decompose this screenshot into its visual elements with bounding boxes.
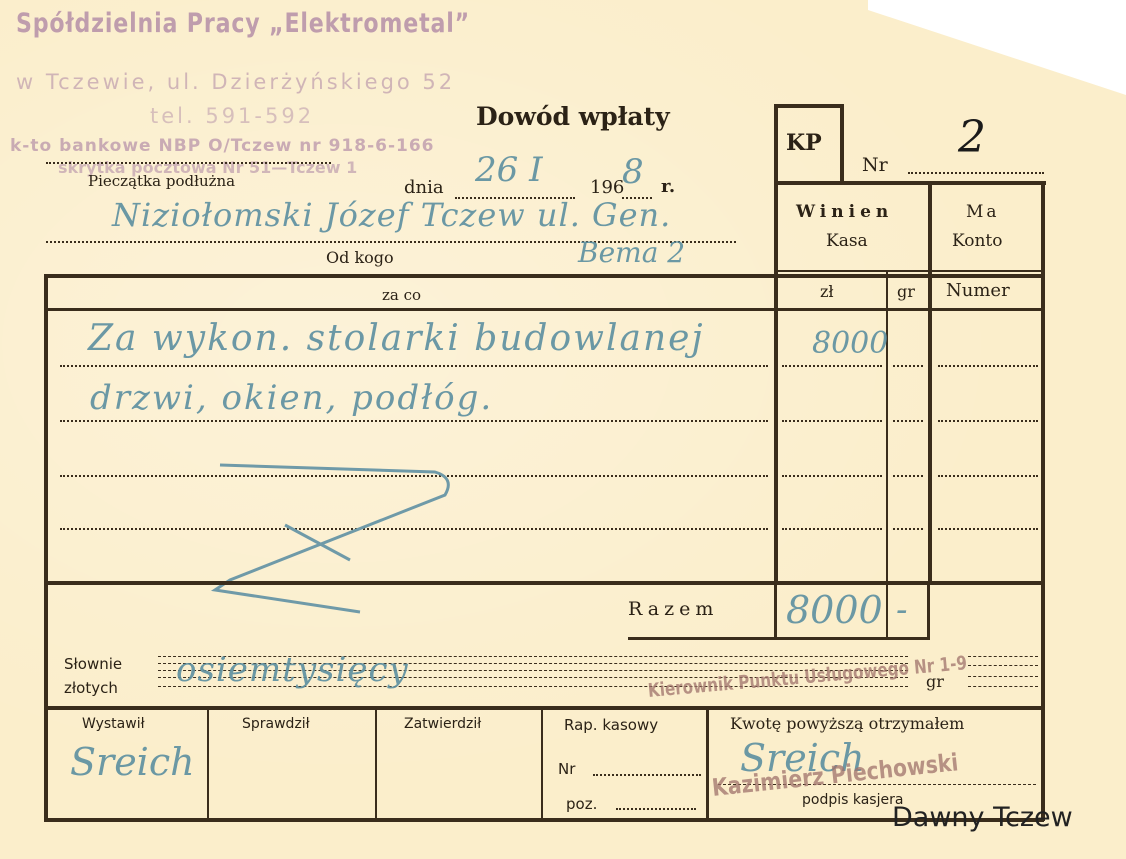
- sprawdzil-label: Sprawdził: [242, 716, 310, 732]
- ma-label: Ma: [966, 202, 1000, 222]
- numer-row-line-4: [938, 528, 1038, 530]
- received-label: Kwotę powyższą otrzymałem: [730, 714, 964, 733]
- razem-box-left: [774, 585, 777, 637]
- stamp-underline: [46, 162, 331, 164]
- gr-row-line-2: [893, 420, 923, 422]
- kasa-label: Kasa: [826, 231, 868, 251]
- purpose-line-1: Za wykon. stolarki budowlanej: [88, 318, 705, 359]
- slownie-label: Słownie: [64, 655, 122, 673]
- right-header-top: [776, 181, 1046, 185]
- amount-in-words: osiemtysięcy: [176, 650, 409, 690]
- zl-gr-divider: [886, 272, 888, 583]
- cashier-sign-label: podpis kasjera: [802, 792, 903, 808]
- sig-divider-2: [375, 708, 377, 820]
- zl-row-line-4: [782, 528, 882, 530]
- date-label: dnia: [404, 177, 444, 198]
- main-table-left: [44, 274, 48, 822]
- zl-row-line-2: [782, 420, 882, 422]
- right-subheader-line: [776, 270, 1044, 272]
- total-zl: 8000: [786, 588, 883, 632]
- issued-by-signature: Sreich: [70, 740, 195, 784]
- gr-words-line-1: [968, 656, 1038, 657]
- konto-label: Konto: [952, 231, 1003, 251]
- numer-row-line-1: [938, 365, 1038, 367]
- items-bottom: [46, 581, 1044, 585]
- kp-label: KP: [786, 130, 822, 156]
- razem-box-mid: [886, 585, 888, 637]
- from-label: Od kogo: [326, 248, 394, 267]
- company-stamp-line2: w Tczewie, ul. Dzierżyńskiego 52: [16, 70, 455, 94]
- company-stamp-line4: k-to bankowe NBP O/Tczew nr 918-6-166: [10, 136, 435, 156]
- date-value: 26 I: [475, 150, 543, 190]
- poz-line: [616, 808, 696, 810]
- zl-row-line-3: [782, 475, 882, 477]
- zl-row-line-1: [782, 365, 882, 367]
- razem-label: Razem: [628, 598, 718, 620]
- zlotych-label: złotych: [64, 679, 118, 697]
- rap-nr-line: [593, 774, 701, 776]
- row-line-1: [60, 365, 768, 367]
- stamp-label: Pieczątka podłużna: [88, 172, 235, 190]
- watermark: Dawny Tczew: [892, 802, 1073, 833]
- page-title: Dowód wpłaty: [476, 102, 670, 131]
- rap-nr-label: Nr: [558, 760, 575, 778]
- wystawil-label: Wystawił: [82, 716, 145, 732]
- right-outer-left: [774, 181, 778, 583]
- sig-divider-1: [207, 708, 209, 820]
- razem-box-right: [927, 585, 930, 637]
- receipt-number: 2: [958, 112, 986, 163]
- gr-row-line-3: [893, 475, 923, 477]
- zl-label: zł: [820, 282, 834, 301]
- gr-words-line-4: [968, 686, 1038, 687]
- nr-label: Nr: [862, 154, 888, 176]
- gr-row-line-4: [893, 528, 923, 530]
- purpose-line-2: drzwi, okien, podłóg.: [90, 378, 493, 418]
- numer-row-line-2: [938, 420, 1038, 422]
- company-stamp-line1: Spółdzielnia Pracy „Elektrometal”: [16, 8, 470, 39]
- payer-address: Bema 2: [578, 236, 685, 269]
- signature-row-top: [46, 706, 1044, 710]
- year-digit: 8: [622, 152, 644, 192]
- gr-label: gr: [897, 282, 915, 301]
- year-prefix: 196: [590, 177, 624, 198]
- razem-bottom: [628, 637, 930, 640]
- payer-name: Niziołomski Józef Tczew ul. Gen.: [112, 196, 671, 234]
- sig-divider-4: [706, 708, 709, 820]
- year-suffix: r.: [661, 176, 675, 197]
- total-gr: -: [896, 590, 908, 630]
- cancel-z-mark: [210, 460, 470, 620]
- zaco-label: za co: [382, 286, 421, 304]
- gr-words-line-3: [968, 676, 1038, 677]
- gr-row-line-1: [893, 365, 923, 367]
- rap-kasowy-label: Rap. kasowy: [564, 716, 658, 734]
- main-table-top: [46, 274, 1044, 278]
- winien-label: Winien: [796, 202, 893, 222]
- numer-label: Numer: [946, 280, 1010, 301]
- zatwierdzil-label: Zatwierdził: [404, 716, 481, 732]
- row-line-2: [60, 420, 768, 422]
- gr-words-line-2: [968, 665, 1038, 666]
- numer-row-line-3: [938, 475, 1038, 477]
- purpose-amount: 8000: [812, 326, 888, 361]
- header-row-bottom: [46, 308, 1044, 311]
- sig-divider-3: [541, 708, 543, 820]
- winien-ma-divider: [928, 181, 932, 583]
- company-stamp-line3: tel. 591-592: [150, 104, 314, 128]
- nr-underline: [908, 172, 1044, 174]
- poz-label: poz.: [566, 795, 597, 813]
